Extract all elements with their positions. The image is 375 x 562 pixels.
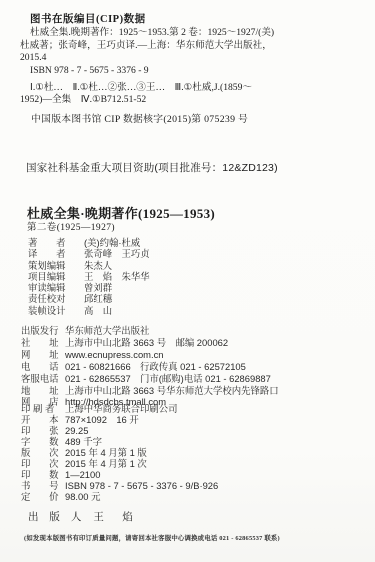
publisher-person-label: 出 版 人 — [28, 511, 85, 523]
credit-value: (美)约翰·杜威 — [84, 237, 140, 248]
cip-line-1: 杜威全集.晚期著作：1925～1953.第 2 卷：1925～1927/(美) — [20, 27, 358, 40]
publisher-row: 客服电话021 - 62865537 门市(邮购)电话 021 - 628698… — [21, 373, 279, 385]
printing-label: 印 数 — [21, 469, 65, 480]
printing-value: 2015 年 4 月第 1 版 — [65, 447, 147, 458]
credit-value: 王 焰 朱华华 — [84, 271, 150, 282]
printing-row: 印 数1—2100 — [21, 469, 218, 480]
publisher-person: 出 版 人王 焰 — [28, 509, 137, 524]
cip-line-2: 杜威著；张奇峰，王巧贞译.—上海：华东师范大学出版社， — [20, 40, 358, 53]
credit-value: 朱杰人 — [84, 260, 112, 271]
cip-line-3: 2015.4 — [20, 52, 358, 65]
printing-row: 书 号ISBN 978 - 7 - 5675 - 3376 - 9/B·926 — [21, 480, 218, 491]
classification-line-1: Ⅰ.①杜… Ⅱ.①杜…②张…③王… Ⅲ.①杜威,J.(1859～ — [20, 82, 358, 94]
printing-label: 定 价 — [21, 491, 65, 502]
publisher-label: 社 址 — [21, 337, 65, 349]
credit-label: 著 者 — [28, 237, 84, 248]
quality-footnote: (如发现本版图书有印订质量问题，请寄回本社客服中心调换或电话 021 - 628… — [24, 533, 280, 542]
publisher-value: 华东师范大学出版社 — [65, 325, 149, 337]
publisher-row: 电 话021 - 60821666 行政传真 021 - 62572105 — [21, 361, 279, 373]
printing-row: 印 次2015 年 4 月第 1 次 — [21, 458, 218, 469]
printing-label: 开 本 — [21, 414, 65, 425]
publisher-block: 出版发行华东师范大学出版社 社 址上海市中山北路 3663 号 邮编 20006… — [21, 325, 279, 408]
printing-value: 787×1092 16 开 — [65, 414, 139, 425]
publisher-value: 021 - 62865537 门市(邮购)电话 021 - 62869887 — [65, 373, 271, 385]
credit-row: 项目编辑王 焰 朱华华 — [28, 271, 150, 282]
publisher-row: 社 址上海市中山北路 3663 号 邮编 200062 — [21, 337, 279, 349]
credit-row: 装帧设计高 山 — [28, 305, 150, 316]
cip-record-number: 中国版本图书馆 CIP 数据核字(2015)第 075239 号 — [31, 111, 248, 125]
publisher-value: 上海市中山北路 3663 号 邮编 200062 — [65, 337, 228, 349]
printing-label: 版 次 — [21, 447, 65, 458]
cip-header: 图书在版编目(CIP)数据 — [30, 11, 146, 26]
printing-row: 版 次2015 年 4 月第 1 版 — [21, 447, 218, 458]
printing-value: 1—2100 — [65, 469, 100, 480]
classification-line-2: 1952)—全集 Ⅳ.①B712.51-52 — [20, 94, 358, 106]
publisher-row: 网 址www.ecnupress.com.cn — [21, 349, 279, 361]
cip-classification: Ⅰ.①杜… Ⅱ.①杜…②张…③王… Ⅲ.①杜威,J.(1859～ 1952)—全… — [20, 82, 358, 106]
publisher-label: 出版发行 — [21, 325, 65, 337]
copyright-page: 图书在版编目(CIP)数据 杜威全集.晚期著作：1925～1953.第 2 卷：… — [0, 0, 375, 562]
book-subtitle: 第二卷(1925—1927) — [27, 219, 115, 233]
publisher-row: 地 址上海市中山北路 3663 号华东师范大学校内先锋路口 — [21, 385, 279, 397]
credit-label: 译 者 — [28, 248, 84, 259]
credit-row: 审读编辑曾刘群 — [28, 282, 150, 293]
printing-value: 489 千字 — [65, 436, 102, 447]
printing-value: 上海中华商务联合印刷公司 — [65, 403, 178, 414]
credit-value: 曾刘群 — [84, 282, 112, 293]
credit-label: 责任校对 — [28, 293, 84, 304]
credit-label: 审读编辑 — [28, 282, 84, 293]
price-value: 98.00 元 — [65, 491, 100, 502]
printing-row: 定 价98.00 元 — [21, 491, 218, 502]
publisher-label: 地 址 — [21, 385, 65, 397]
publisher-person-value: 王 焰 — [93, 511, 137, 523]
credit-label: 装帧设计 — [28, 305, 84, 316]
credit-row: 译 者张奇峰 王巧贞 — [28, 248, 150, 259]
credit-value: 张奇峰 王巧贞 — [84, 248, 150, 259]
credit-row: 著 者(美)约翰·杜威 — [28, 237, 150, 248]
printing-label: 字 数 — [21, 436, 65, 447]
credit-row: 责任校对邱红穗 — [28, 293, 150, 304]
printing-value: 29.25 — [65, 425, 88, 436]
credits-block: 著 者(美)约翰·杜威 译 者张奇峰 王巧贞 策划编辑朱杰人 项目编辑王 焰 朱… — [28, 237, 150, 316]
printing-row: 开 本787×1092 16 开 — [21, 414, 218, 425]
publisher-label: 网 址 — [21, 349, 65, 361]
website-url: www.ecnupress.com.cn — [65, 349, 163, 361]
publisher-row: 出版发行华东师范大学出版社 — [21, 325, 279, 337]
printing-label: 印 刷 者 — [21, 403, 65, 414]
book-number-value: ISBN 978 - 7 - 5675 - 3376 - 9/B·926 — [65, 480, 218, 491]
printing-label: 印 次 — [21, 458, 65, 469]
credit-label: 策划编辑 — [28, 260, 84, 271]
printing-row: 印 张29.25 — [21, 425, 218, 436]
credit-value: 邱红穗 — [84, 293, 112, 304]
printing-row: 印 刷 者上海中华商务联合印刷公司 — [21, 403, 218, 414]
publisher-value: 上海市中山北路 3663 号华东师范大学校内先锋路口 — [65, 385, 279, 397]
printing-label: 印 张 — [21, 425, 65, 436]
credit-label: 项目编辑 — [28, 271, 84, 282]
publisher-value: 021 - 60821666 行政传真 021 - 62572105 — [65, 361, 246, 373]
printing-row: 字 数489 千字 — [21, 436, 218, 447]
isbn-line: ISBN 978 - 7 - 5675 - 3376 - 9 — [20, 65, 358, 78]
publisher-label: 电 话 — [21, 361, 65, 373]
cip-description: 杜威全集.晚期著作：1925～1953.第 2 卷：1925～1927/(美) … — [20, 27, 358, 77]
printing-label: 书 号 — [21, 480, 65, 491]
grant-note: 国家社科基金重大项目资助(项目批准号：12&ZD123) — [26, 160, 278, 175]
credit-row: 策划编辑朱杰人 — [28, 260, 150, 271]
publisher-label: 客服电话 — [21, 373, 65, 385]
credit-value: 高 山 — [84, 305, 112, 316]
printing-block: 印 刷 者上海中华商务联合印刷公司 开 本787×1092 16 开 印 张29… — [21, 403, 218, 502]
printing-value: 2015 年 4 月第 1 次 — [65, 458, 147, 469]
